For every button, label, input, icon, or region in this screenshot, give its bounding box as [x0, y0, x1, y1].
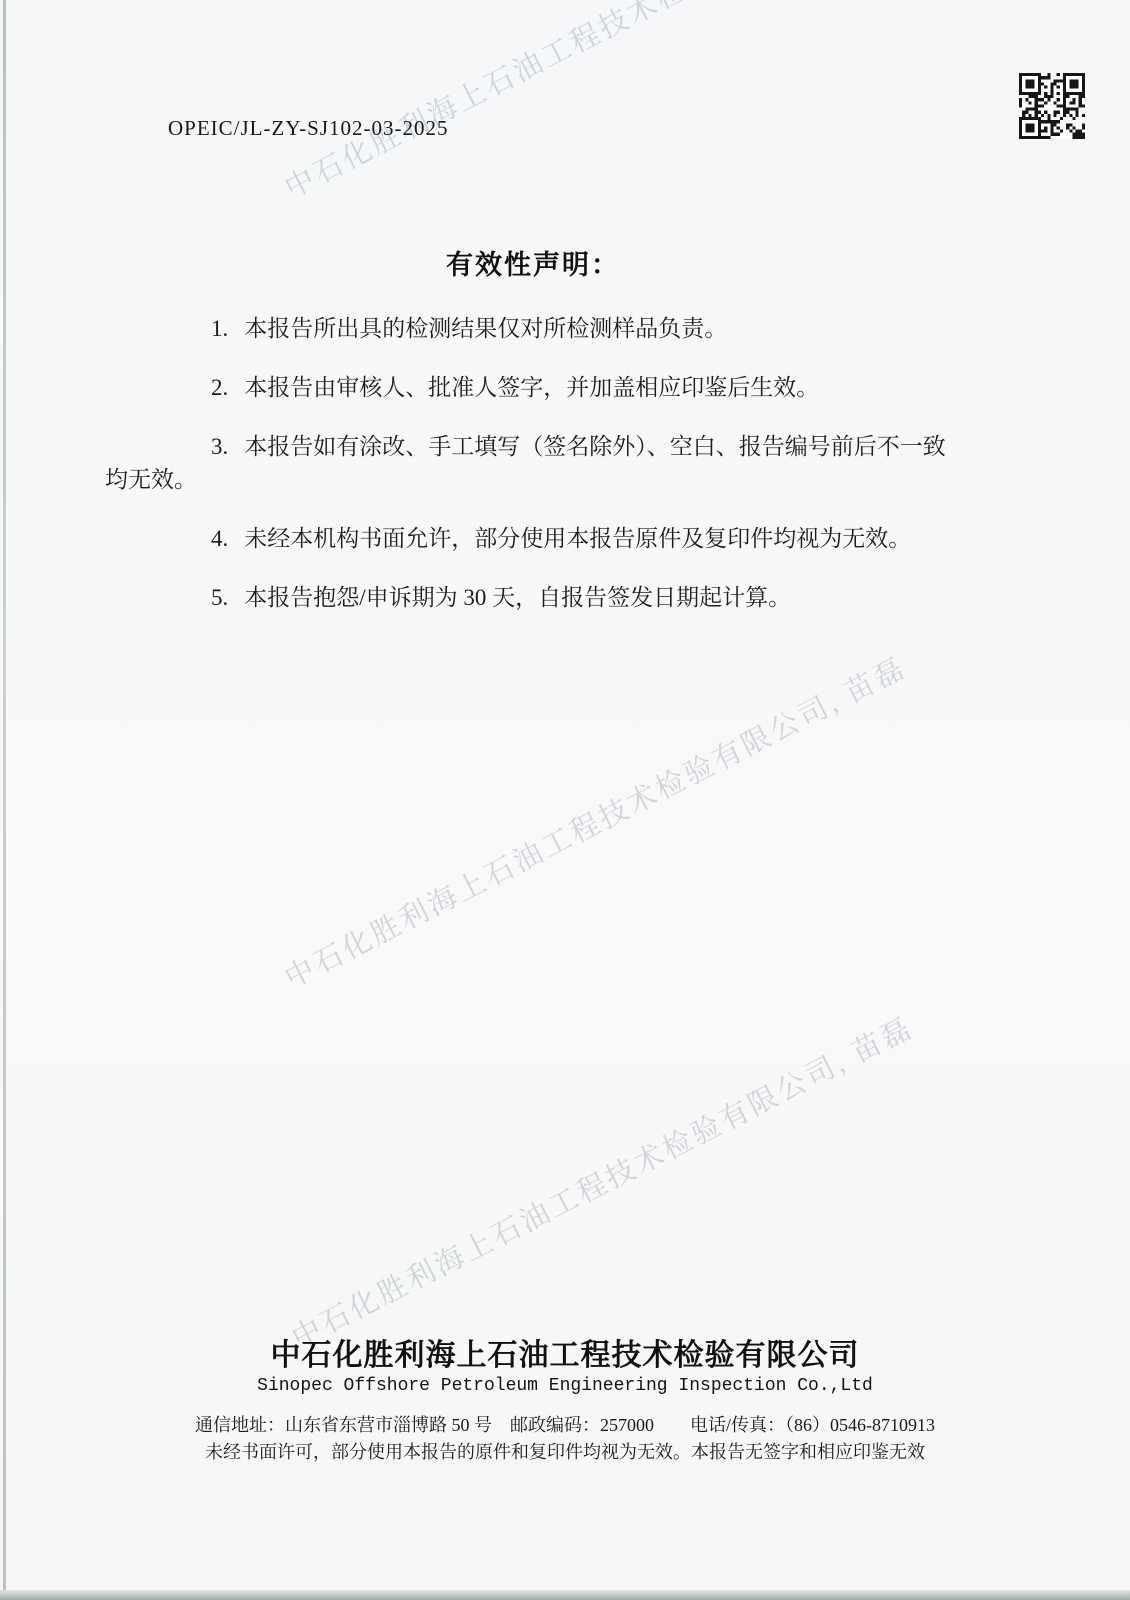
watermark-top: 中石化胜利海上石油工程技术检验有限公司, 苗磊 [277, 0, 913, 207]
footer-company-block: 中石化胜利海上石油工程技术检验有限公司 Sinopec Offshore Pet… [0, 1338, 1130, 1398]
statement-item-5-number: 5. [211, 585, 244, 610]
statement-item-4-number: 4. [211, 526, 244, 551]
company-name-cn: 中石化胜利海上石油工程技术检验有限公司 [0, 1338, 1130, 1374]
qr-code-icon [1019, 73, 1085, 139]
document-code: OPEIC/JL-ZY-SJ102-03-2025 [168, 116, 449, 141]
statement-item-3: 3.本报告如有涂改、手工填写（签名除外）、空白、报告编号前后不一致 [105, 430, 1011, 463]
company-name-en: Sinopec Offshore Petroleum Engineering I… [0, 1374, 1130, 1398]
statement-item-2: 2.本报告由审核人、批准人签字，并加盖相应印鉴后生效。 [105, 371, 1011, 404]
footer-contact-block: 通信地址：山东省东营市淄博路 50 号 邮政编码：257000 电话/传真：（8… [0, 1412, 1130, 1466]
statement-item-1: 1.本报告所出具的检测结果仅对所检测样品负责。 [105, 312, 1011, 345]
statement-list: 1.本报告所出具的检测结果仅对所检测样品负责。 2.本报告由审核人、批准人签字，… [105, 312, 1011, 640]
statement-item-4-text: 未经本机构书面允许，部分使用本报告原件及复印件均视为无效。 [244, 526, 911, 551]
statement-item-4: 4.未经本机构书面允许，部分使用本报告原件及复印件均视为无效。 [105, 522, 1011, 555]
statement-item-1-text: 本报告所出具的检测结果仅对所检测样品负责。 [244, 316, 727, 341]
statement-item-1-number: 1. [211, 316, 244, 341]
statement-item-5-text: 本报告抱怨/申诉期为 30 天，自报告签发日期起计算。 [244, 585, 791, 610]
watermark-middle: 中石化胜利海上石油工程技术检验有限公司, 苗磊 [277, 646, 913, 997]
document-page: 中石化胜利海上石油工程技术检验有限公司, 苗磊 中石化胜利海上石油工程技术检验有… [0, 0, 1130, 1600]
statement-item-2-text: 本报告由审核人、批准人签字，并加盖相应印鉴后生效。 [244, 375, 819, 400]
contact-line: 通信地址：山东省东营市淄博路 50 号 邮政编码：257000 电话/传真：（8… [0, 1412, 1130, 1439]
notice-line: 未经书面许可，部分使用本报告的原件和复印件均视为无效。本报告无签字和相应印鉴无效 [0, 1439, 1130, 1466]
scan-edge-bottom [0, 1590, 1130, 1600]
statement-item-2-number: 2. [211, 375, 244, 400]
statement-title: 有效性声明： [0, 243, 1066, 282]
watermark-bottom: 中石化胜利海上石油工程技术检验有限公司, 苗磊 [284, 1006, 920, 1357]
statement-item-3-text: 本报告如有涂改、手工填写（签名除外）、空白、报告编号前后不一致 [244, 434, 946, 459]
statement-item-3-continuation: 均无效。 [105, 463, 1011, 496]
statement-item-5: 5.本报告抱怨/申诉期为 30 天，自报告签发日期起计算。 [105, 581, 1011, 614]
statement-item-3-number: 3. [211, 434, 244, 459]
